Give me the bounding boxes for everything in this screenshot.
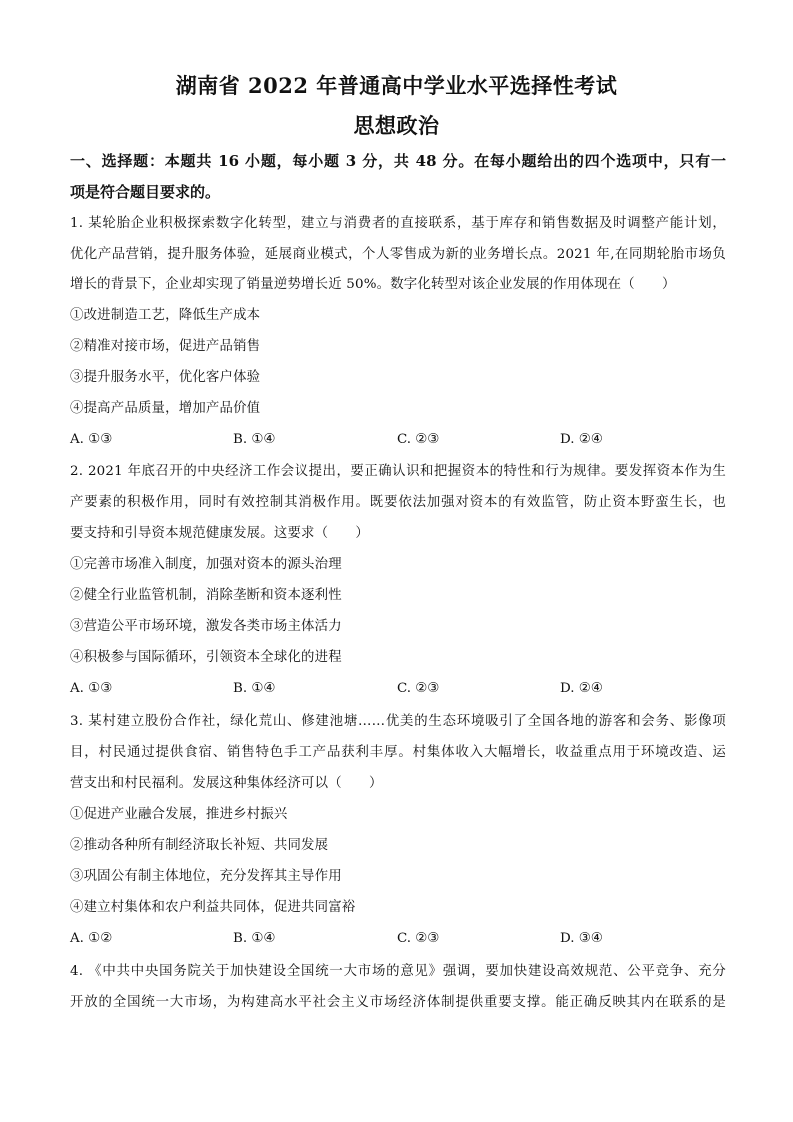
statement-2: ②推动各种所有制经济取长补短、共同发展 [70,836,726,856]
statement-3: ③提升服务水平，优化客户体验 [70,368,726,388]
choice-a: A. ①③ [70,679,112,699]
choice-c: C. ②③ [397,679,439,699]
choice-a: A. ①② [70,929,112,949]
choice-a: A. ①③ [70,430,112,450]
choice-b: B. ①④ [233,679,275,699]
statement-1: ①改进制造工艺，降低生产成本 [70,306,726,326]
choice-c: C. ②③ [397,430,439,450]
section-heading-line-2: 项是符合题目要求的。 [70,177,726,208]
question-stem-line: 3. 某村建立股份合作社，绿化荒山、修建池塘……优美的生态环境吸引了全国各地的游… [70,712,726,732]
question-stem-line: 2. 2021 年底召开的中央经济工作会议提出，要正确认识和把握资本的特性和行为… [70,462,726,482]
choice-b: B. ①④ [233,430,275,450]
question-stem-line: 开放的全国统一大市场，为构建高水平社会主义市场经济体制提供重要支撑。能正确反映其… [70,993,726,1013]
choice-d: D. ③④ [560,929,603,949]
question-stem-line: 产要素的积极作用，同时有效控制其消极作用。既要依法加强对资本的有效监管，防止资本… [70,493,726,513]
statement-4: ④积极参与国际循环，引领资本全球化的进程 [70,648,726,668]
statement-3: ③营造公平市场环境，激发各类市场主体活力 [70,617,726,637]
choice-d: D. ②④ [560,679,603,699]
statement-4: ④提高产品质量，增加产品价值 [70,399,726,419]
question-stem-line: 目，村民通过提供食宿、销售特色手工产品获利丰厚。村集体收入大幅增长，收益重点用于… [70,743,726,763]
question-stem-line: 1. 某轮胎企业积极探索数字化转型，建立与消费者的直接联系，基于库存和销售数据及… [70,214,726,234]
statement-1: ①完善市场准入制度，加强对资本的源头治理 [70,555,726,575]
exam-subject: 思想政治 [0,110,793,140]
choice-d: D. ②④ [560,430,603,450]
statement-3: ③巩固公有制主体地位，充分发挥其主导作用 [70,867,726,887]
question-stem-line: 优化产品营销，提升服务体验，延展商业模式，个人零售成为新的业务增长点。2021 … [70,245,726,265]
section-heading-line-1: 一、选择题：本题共 16 小题，每小题 3 分，共 48 分。在每小题给出的四个… [70,146,726,177]
exam-title: 湖南省 2022 年普通高中学业水平选择性考试 [0,70,793,100]
statement-2: ②健全行业监管机制，消除垄断和资本逐利性 [70,586,726,606]
question-stem-line: 增长的背景下，企业却实现了销量逆势增长近 50%。数字化转型对该企业发展的作用体… [70,275,726,295]
choice-c: C. ②③ [397,929,439,949]
statement-4: ④建立村集体和农户利益共同体，促进共同富裕 [70,898,726,918]
statement-2: ②精准对接市场，促进产品销售 [70,337,726,357]
choice-b: B. ①④ [233,929,275,949]
question-stem-line: 营支出和村民福利。发展这种集体经济可以（ ） [70,774,726,794]
question-stem-line: 4. 《中共中央国务院关于加快建设全国统一大市场的意见》强调，要加快建设高效规范… [70,962,726,982]
statement-1: ①促进产业融合发展，推进乡村振兴 [70,805,726,825]
question-stem-line: 要支持和引导资本规范健康发展。这要求（ ） [70,524,726,544]
